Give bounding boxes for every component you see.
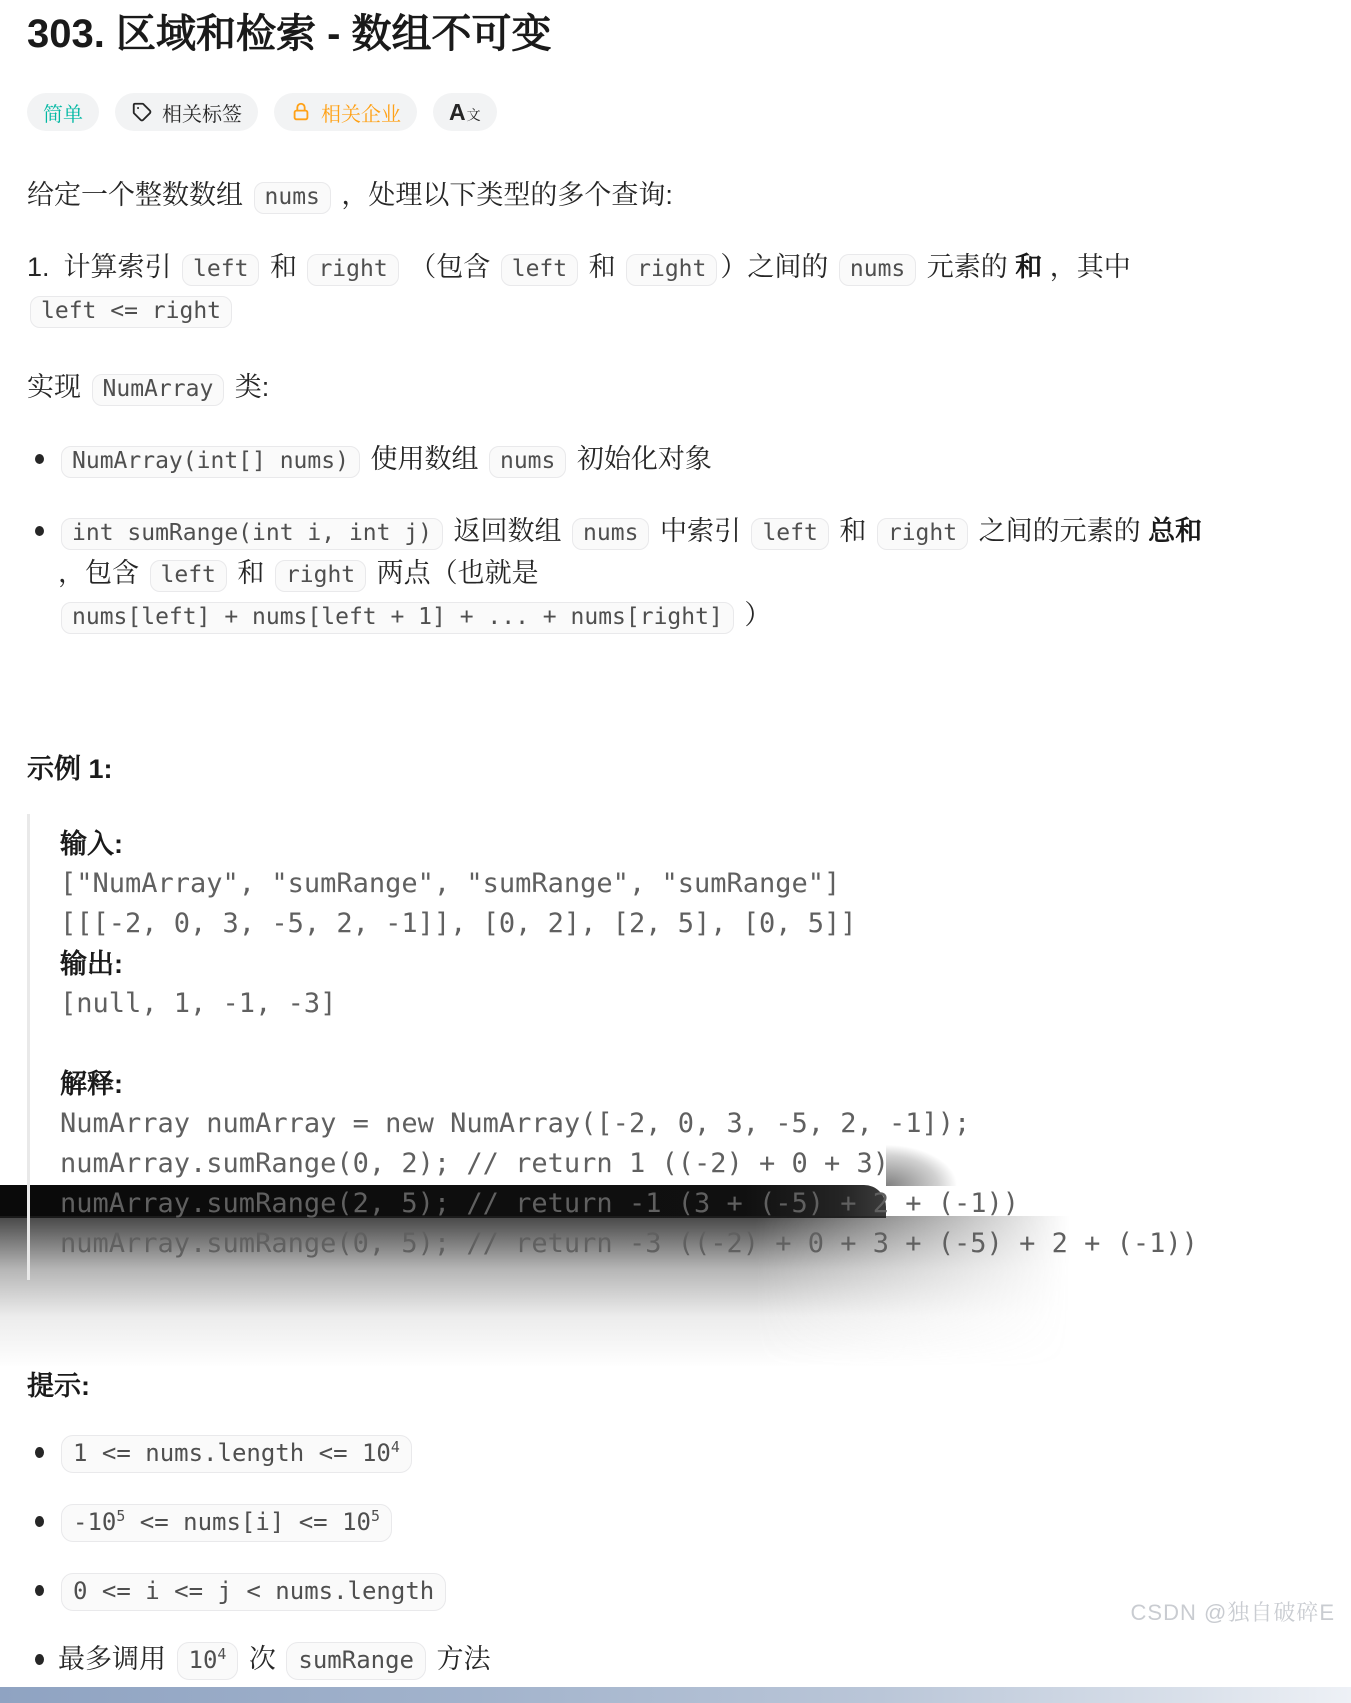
inline-code: 0 <= i <= j < nums.length	[61, 1573, 446, 1611]
code-block-line: numArray.sumRange(2, 5); // return -1 (3…	[60, 1184, 1207, 1224]
inline-code: 104	[177, 1642, 239, 1680]
query-type-item: 1.计算索引 left 和 right （包含 left 和 right）之间的…	[27, 247, 1207, 331]
code-block-label: 输入:	[60, 824, 1207, 864]
problem-intro: 给定一个整数数组 nums ，处理以下类型的多个查询:	[27, 175, 1207, 217]
difficulty-label: 简单	[43, 98, 83, 127]
inline-code: left	[751, 518, 828, 550]
inline-code: left	[182, 254, 259, 286]
example-code-block: 输入:["NumArray", "sumRange", "sumRange", …	[27, 814, 1207, 1280]
watermark: CSDN @独自破碎E	[1131, 1596, 1335, 1627]
inline-code: NumArray(int[] nums)	[61, 446, 360, 478]
impl-method-list: NumArray(int[] nums) 使用数组 nums 初始化对象 int…	[27, 439, 1207, 637]
inline-code: nums	[572, 518, 649, 550]
inline-code: right	[877, 518, 968, 550]
inline-code: left <= right	[30, 296, 232, 328]
inline-code: int sumRange(int i, int j)	[61, 518, 443, 550]
inline-code: sumRange	[286, 1642, 426, 1680]
inline-code: right	[275, 560, 366, 592]
constraint-list: 1 <= nums.length <= 104 -105 <= nums[i] …	[27, 1429, 1207, 1683]
inline-code: nums	[839, 254, 916, 286]
ordered-list-marker: 1.	[27, 252, 50, 282]
code-block-line: [[[-2, 0, 3, -5, 2, -1]], [0, 2], [2, 5]…	[60, 904, 1207, 944]
inline-code: nums	[254, 182, 331, 214]
list-item-sumrange: int sumRange(int i, int j) 返回数组 nums 中索引…	[27, 511, 1207, 637]
panel-corner-shadow	[886, 1144, 978, 1186]
related-companies-label: 相关企业	[321, 98, 401, 127]
constraint-item: -105 <= nums[i] <= 105	[27, 1498, 1207, 1545]
code-block-line: NumArray numArray = new NumArray([-2, 0,…	[60, 1104, 1207, 1144]
page-title: 303. 区域和检索 - 数组不可变	[27, 8, 1207, 60]
code-block-line: [null, 1, -1, -3]	[60, 984, 1207, 1024]
problem-description-panel: 303. 区域和检索 - 数组不可变 简单 相关标签 相关企业	[0, 0, 1207, 1683]
code-block-line: numArray.sumRange(0, 2); // return 1 ((-…	[60, 1144, 1207, 1184]
inline-code: right	[307, 254, 398, 286]
list-item-constructor: NumArray(int[] nums) 使用数组 nums 初始化对象	[27, 439, 1207, 481]
inline-code: left	[150, 560, 227, 592]
bottom-banner-strip	[0, 1687, 1351, 1703]
inline-code: nums	[489, 446, 566, 478]
related-tags-button[interactable]: 相关标签	[115, 93, 258, 131]
difficulty-badge[interactable]: 简单	[27, 93, 99, 131]
hint-title: 提示:	[27, 1364, 1207, 1403]
inline-code: left	[501, 254, 578, 286]
code-block-line: numArray.sumRange(0, 5); // return -3 ((…	[60, 1224, 1207, 1264]
inline-code: 1 <= nums.length <= 104	[61, 1435, 412, 1473]
implement-line: 实现 NumArray 类:	[27, 367, 1207, 409]
code-block-line	[60, 1024, 1207, 1064]
related-tags-label: 相关标签	[162, 98, 242, 127]
translate-toggle-button[interactable]: A文	[433, 93, 497, 131]
inline-code: right	[626, 254, 717, 286]
inline-code: NumArray	[92, 374, 225, 406]
tag-icon	[131, 101, 153, 123]
translate-icon: A文	[449, 99, 481, 126]
badge-row: 简单 相关标签 相关企业 A文	[27, 93, 1207, 131]
query-type-text: 计算索引 left 和 right （包含 left 和 right）之间的 n…	[27, 252, 1131, 324]
inline-code: -105 <= nums[i] <= 105	[61, 1504, 392, 1542]
related-companies-button[interactable]: 相关企业	[274, 93, 417, 131]
inline-code: nums[left] + nums[left + 1] + ... + nums…	[61, 602, 734, 634]
code-block-line: ["NumArray", "sumRange", "sumRange", "su…	[60, 864, 1207, 904]
example-title: 示例 1:	[27, 747, 1207, 786]
constraint-item: 1 <= nums.length <= 104	[27, 1429, 1207, 1476]
code-block-label: 解释:	[60, 1064, 1207, 1104]
constraint-item: 最多调用 104 次 sumRange 方法	[27, 1636, 1207, 1683]
constraint-item: 0 <= i <= j < nums.length	[27, 1567, 1207, 1614]
code-block-label: 输出:	[60, 944, 1207, 984]
lock-icon	[290, 101, 312, 123]
